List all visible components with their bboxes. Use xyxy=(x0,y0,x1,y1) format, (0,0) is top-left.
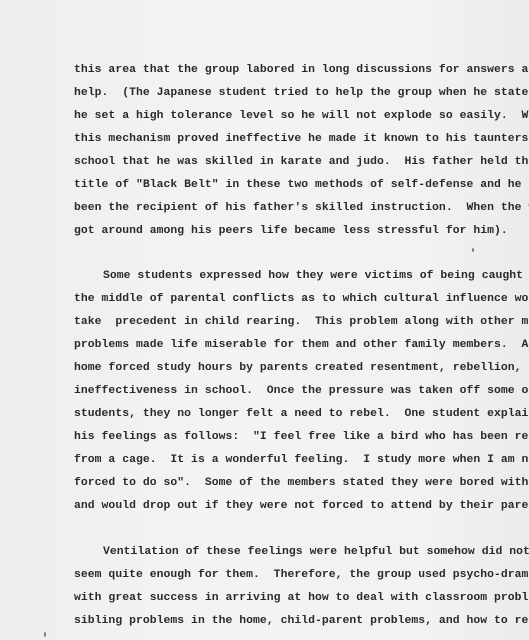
paragraph-1-line-3: he set a high tolerance level so he will… xyxy=(74,109,529,123)
paragraph-1-line-6: title of "Black Belt" in these two metho… xyxy=(74,178,529,192)
paragraph-3-line-3: with great success in arriving at how to… xyxy=(74,591,529,605)
paragraph-2-line-11: and would drop out if they were not forc… xyxy=(74,499,529,513)
paragraph-1-line-4: this mechanism proved ineffective he mad… xyxy=(74,132,529,146)
paragraph-2-line-9: from a cage. It is a wonderful feeling. … xyxy=(74,453,529,467)
paragraph-1-line-2: help. (The Japanese student tried to hel… xyxy=(74,86,529,100)
paragraph-2-line-2: the middle of parental conflicts as to w… xyxy=(74,292,529,306)
paragraph-1-line-5: school that he was skilled in karate and… xyxy=(74,155,529,169)
paragraph-3-line-2: seem quite enough for them. Therefore, t… xyxy=(74,568,529,582)
paragraph-1-line-8: got around among his peers life became l… xyxy=(74,224,508,238)
paragraph-1-line-7: been the recipient of his father's skill… xyxy=(74,201,529,215)
paragraph-2-line-3: take precedent in child rearing. This pr… xyxy=(74,315,529,329)
paragraph-2-line-7: students, they no longer felt a need to … xyxy=(74,407,529,421)
paragraph-3-line-4: sibling problems in the home, child-pare… xyxy=(74,614,529,628)
typewritten-page: this area that the group labored in long… xyxy=(0,0,529,640)
paragraph-2-line-8: his feelings as follows: "I feel free li… xyxy=(74,430,529,444)
paragraph-2-line-1: Some students expressed how they were vi… xyxy=(103,269,529,283)
paragraph-1-line-1: this area that the group labored in long… xyxy=(74,63,529,77)
paragraph-2-line-4: problems made life miserable for them an… xyxy=(74,338,529,352)
paragraph-3-line-1: Ventilation of these feelings were helpf… xyxy=(103,545,529,559)
paragraph-2-line-6: ineffectiveness in school. Once the pres… xyxy=(74,384,529,398)
paper-speck xyxy=(44,632,46,637)
paragraph-2-line-10: forced to do so". Some of the members st… xyxy=(74,476,529,490)
paper-speck xyxy=(472,248,474,252)
paragraph-2-line-5: home forced study hours by parents creat… xyxy=(74,361,529,375)
